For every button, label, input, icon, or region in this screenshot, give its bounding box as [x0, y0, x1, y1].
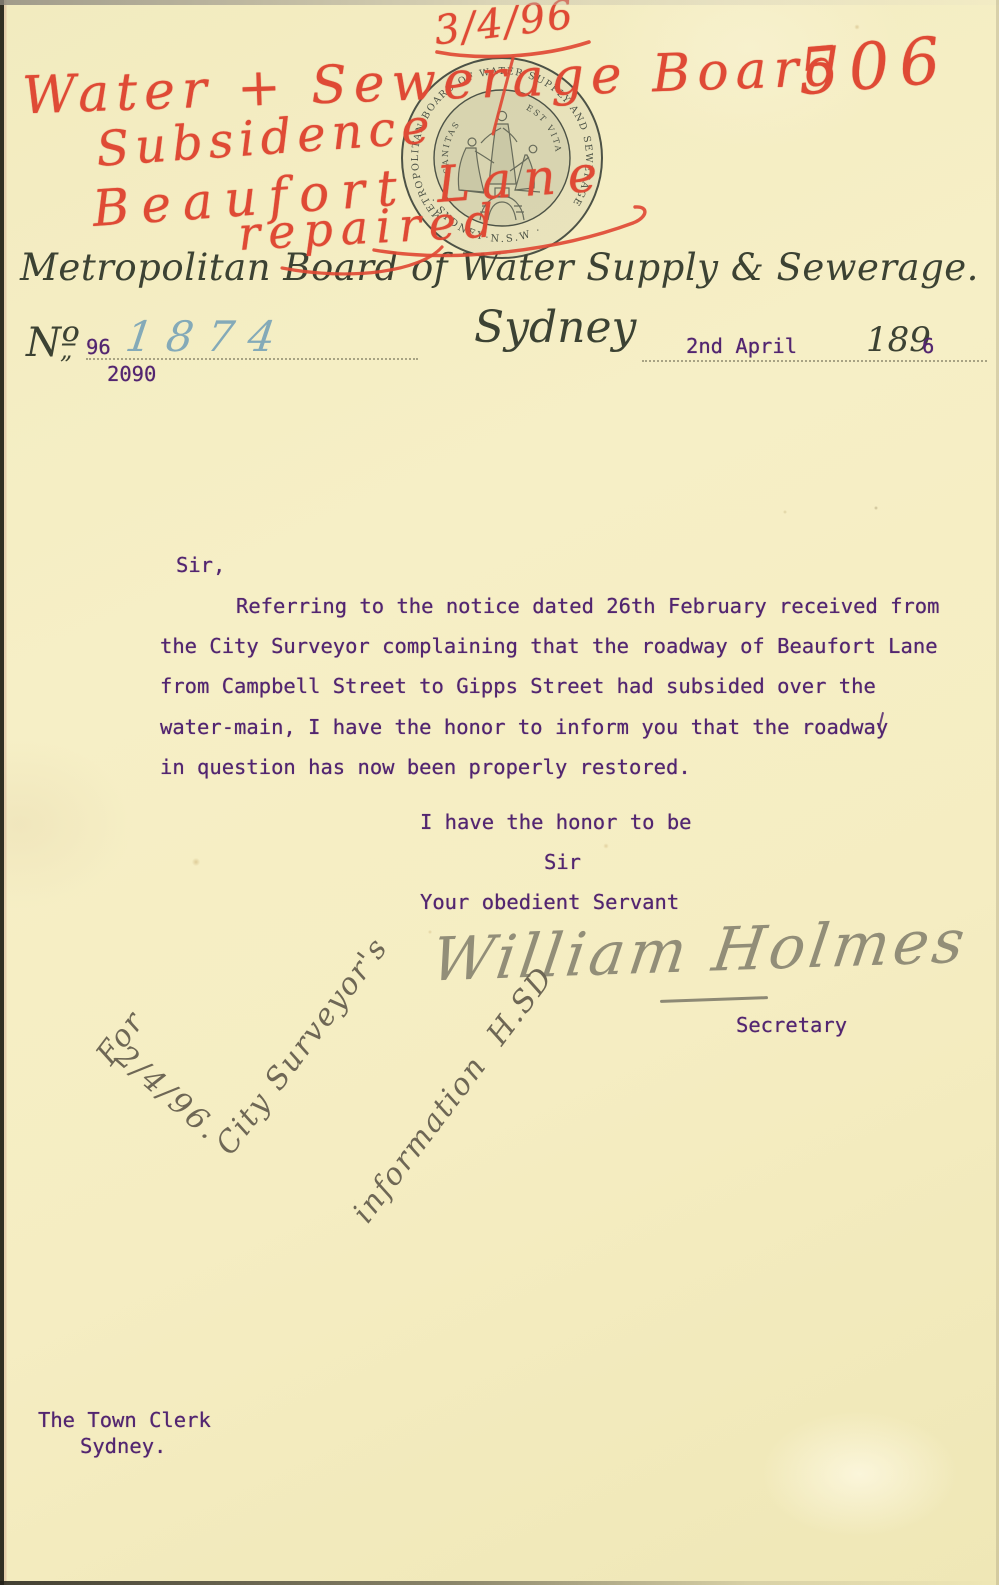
- scan-edge-left: [0, 0, 7, 1585]
- body-line: from Campbell Street to Gipps Street had…: [160, 673, 876, 699]
- file-number-annotation: 506: [795, 24, 953, 111]
- year-digit-typed: 6: [922, 333, 934, 359]
- addressee-place: Sydney.: [80, 1433, 166, 1459]
- addressee-name: The Town Clerk: [38, 1407, 211, 1433]
- closing-line: I have the honor to be: [420, 809, 692, 835]
- closing-line: Sir: [544, 849, 581, 875]
- file-number-typed: 96: [86, 334, 111, 360]
- received-date-annotation: 3/4/96: [432, 0, 577, 54]
- margin-referral-note: For City Surveyor's information H.SD: [4, 715, 647, 1317]
- letter-date-typed: 2nd April: [686, 333, 797, 359]
- date-dotted-rule: [642, 360, 987, 362]
- scan-edge-bottom: [0, 1581, 999, 1585]
- file-number-handwritten: 1874: [123, 312, 293, 361]
- body-line: Referring to the notice dated 26th Febru…: [236, 593, 940, 619]
- letter-page: METROPOLITAN BOARD OF WATER SUPPLY AND S…: [0, 0, 999, 1585]
- letterhead-organisation: Metropolitan Board of Water Supply & Sew…: [0, 246, 999, 289]
- margin-note-line: information H.SD: [340, 956, 567, 1235]
- signer-role: Secretary: [736, 1012, 847, 1038]
- signature-underline: [660, 996, 768, 1003]
- letterhead-number-marks: „: [60, 336, 72, 364]
- body-line: the City Surveyor complaining that the r…: [160, 633, 938, 659]
- salutation: Sir,: [176, 552, 225, 578]
- letterhead-place: Sydney: [474, 302, 636, 353]
- body-line: water-main, I have the honor to inform y…: [160, 714, 888, 740]
- file-number-alt-typed: 2090: [107, 361, 156, 387]
